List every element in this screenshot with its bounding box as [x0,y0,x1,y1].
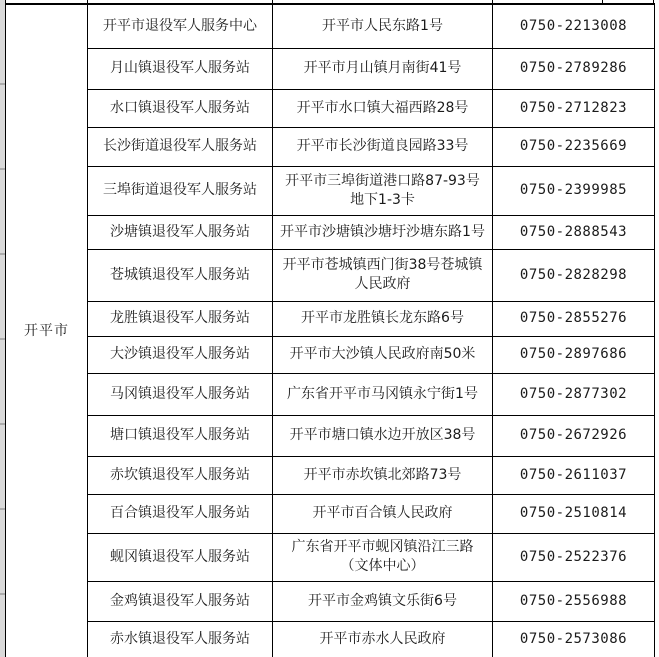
city-merged-cell[interactable]: 开平市 [6,4,88,657]
cell-phone[interactable]: 0750-2522376 [493,533,655,581]
cell-station-name[interactable]: 开平市退役军人服务中心 [88,4,273,48]
table-row: 塘口镇退役军人服务站 开平市塘口镇水边开放区38号 0750-2672926 [6,415,655,456]
cell-address[interactable]: 开平市大沙镇人民政府南50米 [273,336,493,373]
cell-station-name[interactable]: 大沙镇退役军人服务站 [88,336,273,373]
spreadsheet-screenshot: 开平市 开平市退役军人服务中心 开平市人民东路1号 0750-2213008 月… [0,0,659,657]
cell-phone[interactable]: 0750-2573086 [493,621,655,657]
cell-phone[interactable]: 0750-2877302 [493,373,655,415]
cell-station-name[interactable]: 金鸡镇退役军人服务站 [88,581,273,621]
cell-station-name[interactable]: 三埠街道退役军人服务站 [88,166,273,215]
table-row: 百合镇退役军人服务站 开平市百合镇人民政府 0750-2510814 [6,494,655,533]
table-row: 赤水镇退役军人服务站 开平市赤水人民政府 0750-2573086 [6,621,655,657]
cell-station-name[interactable]: 龙胜镇退役军人服务站 [88,301,273,336]
cell-phone[interactable]: 0750-2399985 [493,166,655,215]
cell-phone[interactable]: 0750-2556988 [493,581,655,621]
table-row: 金鸡镇退役军人服务站 开平市金鸡镇文乐街6号 0750-2556988 [6,581,655,621]
table-row: 长沙街道退役军人服务站 开平市长沙街道良园路33号 0750-2235669 [6,127,655,166]
cell-station-name[interactable]: 水口镇退役军人服务站 [88,89,273,127]
cell-address[interactable]: 开平市人民东路1号 [273,4,493,48]
table-row: 三埠街道退役军人服务站 开平市三埠街道港口路87-93号地下1-3卡 0750-… [6,166,655,215]
table-row: 马冈镇退役军人服务站 广东省开平市马冈镇永宁街1号 0750-2877302 [6,373,655,415]
cell-station-name[interactable]: 赤水镇退役军人服务站 [88,621,273,657]
cell-phone[interactable]: 0750-2897686 [493,336,655,373]
cell-station-name[interactable]: 长沙街道退役军人服务站 [88,127,273,166]
cell-address[interactable]: 开平市塘口镇水边开放区38号 [273,415,493,456]
cell-phone[interactable]: 0750-2789286 [493,48,655,89]
cell-phone[interactable]: 0750-2611037 [493,456,655,494]
cell-station-name[interactable]: 百合镇退役军人服务站 [88,494,273,533]
cell-phone[interactable]: 0750-2213008 [493,4,655,48]
cell-station-name[interactable]: 蚬冈镇退役军人服务站 [88,533,273,581]
cell-address[interactable]: 开平市赤坎镇北郊路73号 [273,456,493,494]
cell-address[interactable]: 开平市龙胜镇长龙东路6号 [273,301,493,336]
table-row: 月山镇退役军人服务站 开平市月山镇月南街41号 0750-2789286 [6,48,655,89]
veteran-service-contact-table: 开平市 开平市退役军人服务中心 开平市人民东路1号 0750-2213008 月… [5,3,655,657]
table-row: 苍城镇退役军人服务站 开平市苍城镇西门街38号苍城镇人民政府 0750-2828… [6,249,655,301]
cell-station-name[interactable]: 赤坎镇退役军人服务站 [88,456,273,494]
cell-address[interactable]: 开平市长沙街道良园路33号 [273,127,493,166]
table-row: 沙塘镇退役军人服务站 开平市沙塘镇沙塘圩沙塘东路1号 0750-2888543 [6,215,655,249]
cell-phone[interactable]: 0750-2510814 [493,494,655,533]
table-row: 开平市 开平市退役军人服务中心 开平市人民东路1号 0750-2213008 [6,4,655,48]
cell-address[interactable]: 开平市赤水人民政府 [273,621,493,657]
table-row: 龙胜镇退役军人服务站 开平市龙胜镇长龙东路6号 0750-2855276 [6,301,655,336]
cell-station-name[interactable]: 塘口镇退役军人服务站 [88,415,273,456]
cell-address[interactable]: 开平市三埠街道港口路87-93号地下1-3卡 [273,166,493,215]
table-row: 蚬冈镇退役军人服务站 广东省开平市蚬冈镇沿江三路（文体中心） 0750-2522… [6,533,655,581]
cell-station-name[interactable]: 苍城镇退役军人服务站 [88,249,273,301]
cell-phone[interactable]: 0750-2855276 [493,301,655,336]
cell-phone[interactable]: 0750-2888543 [493,215,655,249]
table-row: 赤坎镇退役军人服务站 开平市赤坎镇北郊路73号 0750-2611037 [6,456,655,494]
cell-address[interactable]: 开平市水口镇大福西路28号 [273,89,493,127]
cell-phone[interactable]: 0750-2672926 [493,415,655,456]
cell-address[interactable]: 广东省开平市蚬冈镇沿江三路（文体中心） [273,533,493,581]
cell-station-name[interactable]: 沙塘镇退役军人服务站 [88,215,273,249]
cell-phone[interactable]: 0750-2235669 [493,127,655,166]
cell-address[interactable]: 广东省开平市马冈镇永宁街1号 [273,373,493,415]
table-row: 水口镇退役军人服务站 开平市水口镇大福西路28号 0750-2712823 [6,89,655,127]
cell-address[interactable]: 开平市苍城镇西门街38号苍城镇人民政府 [273,249,493,301]
cell-station-name[interactable]: 马冈镇退役军人服务站 [88,373,273,415]
table-row: 大沙镇退役军人服务站 开平市大沙镇人民政府南50米 0750-2897686 [6,336,655,373]
cell-phone[interactable]: 0750-2712823 [493,89,655,127]
cell-station-name[interactable]: 月山镇退役军人服务站 [88,48,273,89]
cell-address[interactable]: 开平市月山镇月南街41号 [273,48,493,89]
cell-address[interactable]: 开平市沙塘镇沙塘圩沙塘东路1号 [273,215,493,249]
cell-phone[interactable]: 0750-2828298 [493,249,655,301]
cell-address[interactable]: 开平市百合镇人民政府 [273,494,493,533]
cell-address[interactable]: 开平市金鸡镇文乐街6号 [273,581,493,621]
